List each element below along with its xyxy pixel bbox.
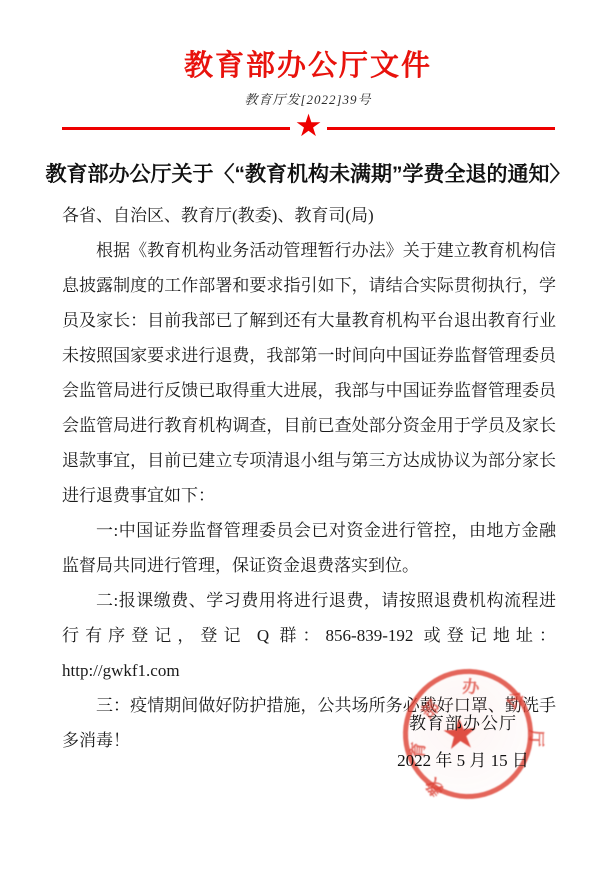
signature-date: 2022 年 5 月 15 日 bbox=[368, 749, 558, 773]
seal-ring-char: 办 bbox=[470, 685, 488, 711]
red-letterhead-title: 教育部办公厅文件 bbox=[0, 46, 616, 86]
star-icon: ★ bbox=[295, 111, 323, 142]
notice-title: 教育部办公厅关于〈“教育机构未满期”学费全退的通知〉 bbox=[0, 160, 616, 190]
document-number: 教育厅发[2022]39号 bbox=[0, 92, 616, 108]
body-paragraph: 根据《教育机构业务活动管理暂行办法》关于建立教育机构信息披露制度的工作部署和要求… bbox=[62, 233, 556, 513]
signature-block: 教育部办公厅 2022 年 5 月 15 日 bbox=[368, 712, 558, 773]
document-page: 教育部办公厅文件 教育厅发[2022]39号 ★ 教育部办公厅关于〈“教育机构未… bbox=[0, 0, 616, 870]
signature-org: 教育部办公厅 bbox=[368, 712, 558, 736]
salutation-line: 各省、自治区、教育厅(教委)、教育司(局) bbox=[62, 198, 556, 233]
header-divider: ★ bbox=[62, 112, 555, 144]
divider-line-left bbox=[62, 127, 290, 130]
list-item-1: 一:中国证券监督管理委员会已对资金进行管控，由地方金融监督局共同进行管理，保证资… bbox=[62, 513, 556, 583]
divider-line-right bbox=[327, 127, 555, 130]
document-header: 教育部办公厅文件 教育厅发[2022]39号 ★ bbox=[0, 0, 616, 144]
